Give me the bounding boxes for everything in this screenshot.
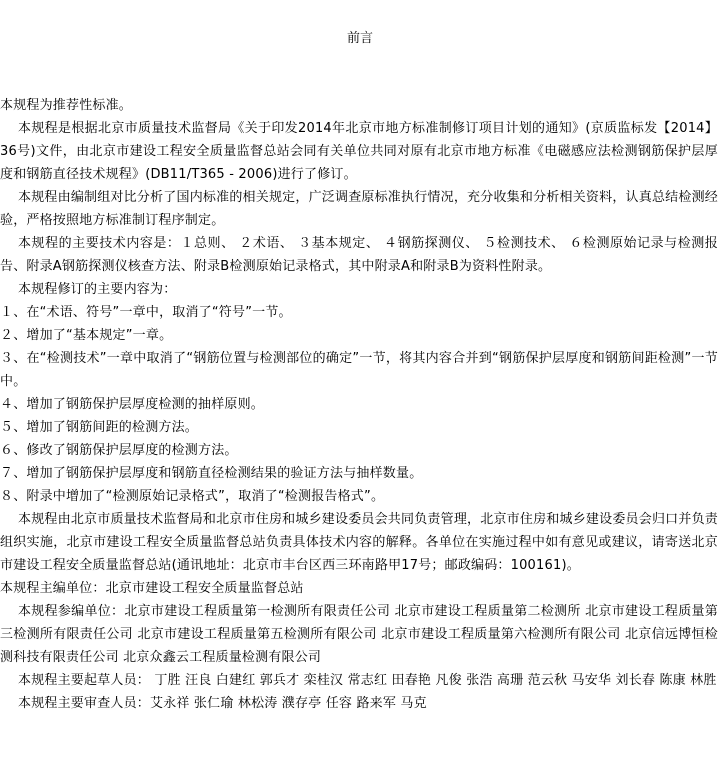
revision-item-2: ２、增加了“基本规定”一章。: [0, 324, 718, 347]
paragraph-chief-editor-unit: 本规程主编单位：北京市建设工程安全质量监督总站: [0, 577, 718, 600]
document-body: 本规程为推荐性标准。 本规程是根据北京市质量技术监督局《关于印发2014年北京市…: [0, 94, 718, 715]
revision-item-3: ３、在“检测技术”一章中取消了“钢筋位置与检测部位的确定”一节，将其内容合并到“…: [0, 347, 718, 393]
page-title: 前言: [0, 30, 720, 48]
paragraph-standard-type: 本规程为推荐性标准。: [0, 94, 718, 117]
revision-item-7: ７、增加了钢筋保护层厚度和钢筋直径检测结果的验证方法与抽样数量。: [0, 462, 718, 485]
revision-item-4: ４、增加了钢筋保护层厚度检测的抽样原则。: [0, 393, 718, 416]
revision-item-5: ５、增加了钢筋间距的检测方法。: [0, 416, 718, 439]
revision-item-1: １、在“术语、符号”一章中，取消了“符号”一节。: [0, 301, 718, 324]
paragraph-main-drafters: 本规程主要起草人员： 丁胜 汪良 白建红 郭兵才 栾桂汉 常志红 田春艳 凡俊 …: [0, 669, 718, 692]
paragraph-revision-basis: 本规程是根据北京市质量技术监督局《关于印发2014年北京市地方标准制修订项目计划…: [0, 117, 718, 186]
paragraph-main-technical-content: 本规程的主要技术内容是：１总则、 ２术语、 ３基本规定、 ４钢筋探测仪、 ５检测…: [0, 232, 718, 278]
revision-item-8: ８、附录中增加了“检测原始记录格式”，取消了“检测报告格式”。: [0, 485, 718, 508]
paragraph-drafting-process: 本规程由编制组对比分析了国内标准的相关规定，广泛调查原标准执行情况，充分收集和分…: [0, 186, 718, 232]
paragraph-revision-list-heading: 本规程修订的主要内容为：: [0, 278, 718, 301]
revision-item-6: ６、修改了钢筋保护层厚度的检测方法。: [0, 439, 718, 462]
paragraph-main-reviewers: 本规程主要审查人员：艾永祥 张仁瑜 林松涛 濮存亭 任容 路来军 马克: [0, 692, 718, 715]
paragraph-management-contact: 本规程由北京市质量技术监督局和北京市住房和城乡建设委员会共同负责管理，北京市住房…: [0, 508, 718, 577]
paragraph-participating-units: 本规程参编单位：北京市建设工程质量第一检测所有限责任公司 北京市建设工程质量第二…: [0, 600, 718, 669]
